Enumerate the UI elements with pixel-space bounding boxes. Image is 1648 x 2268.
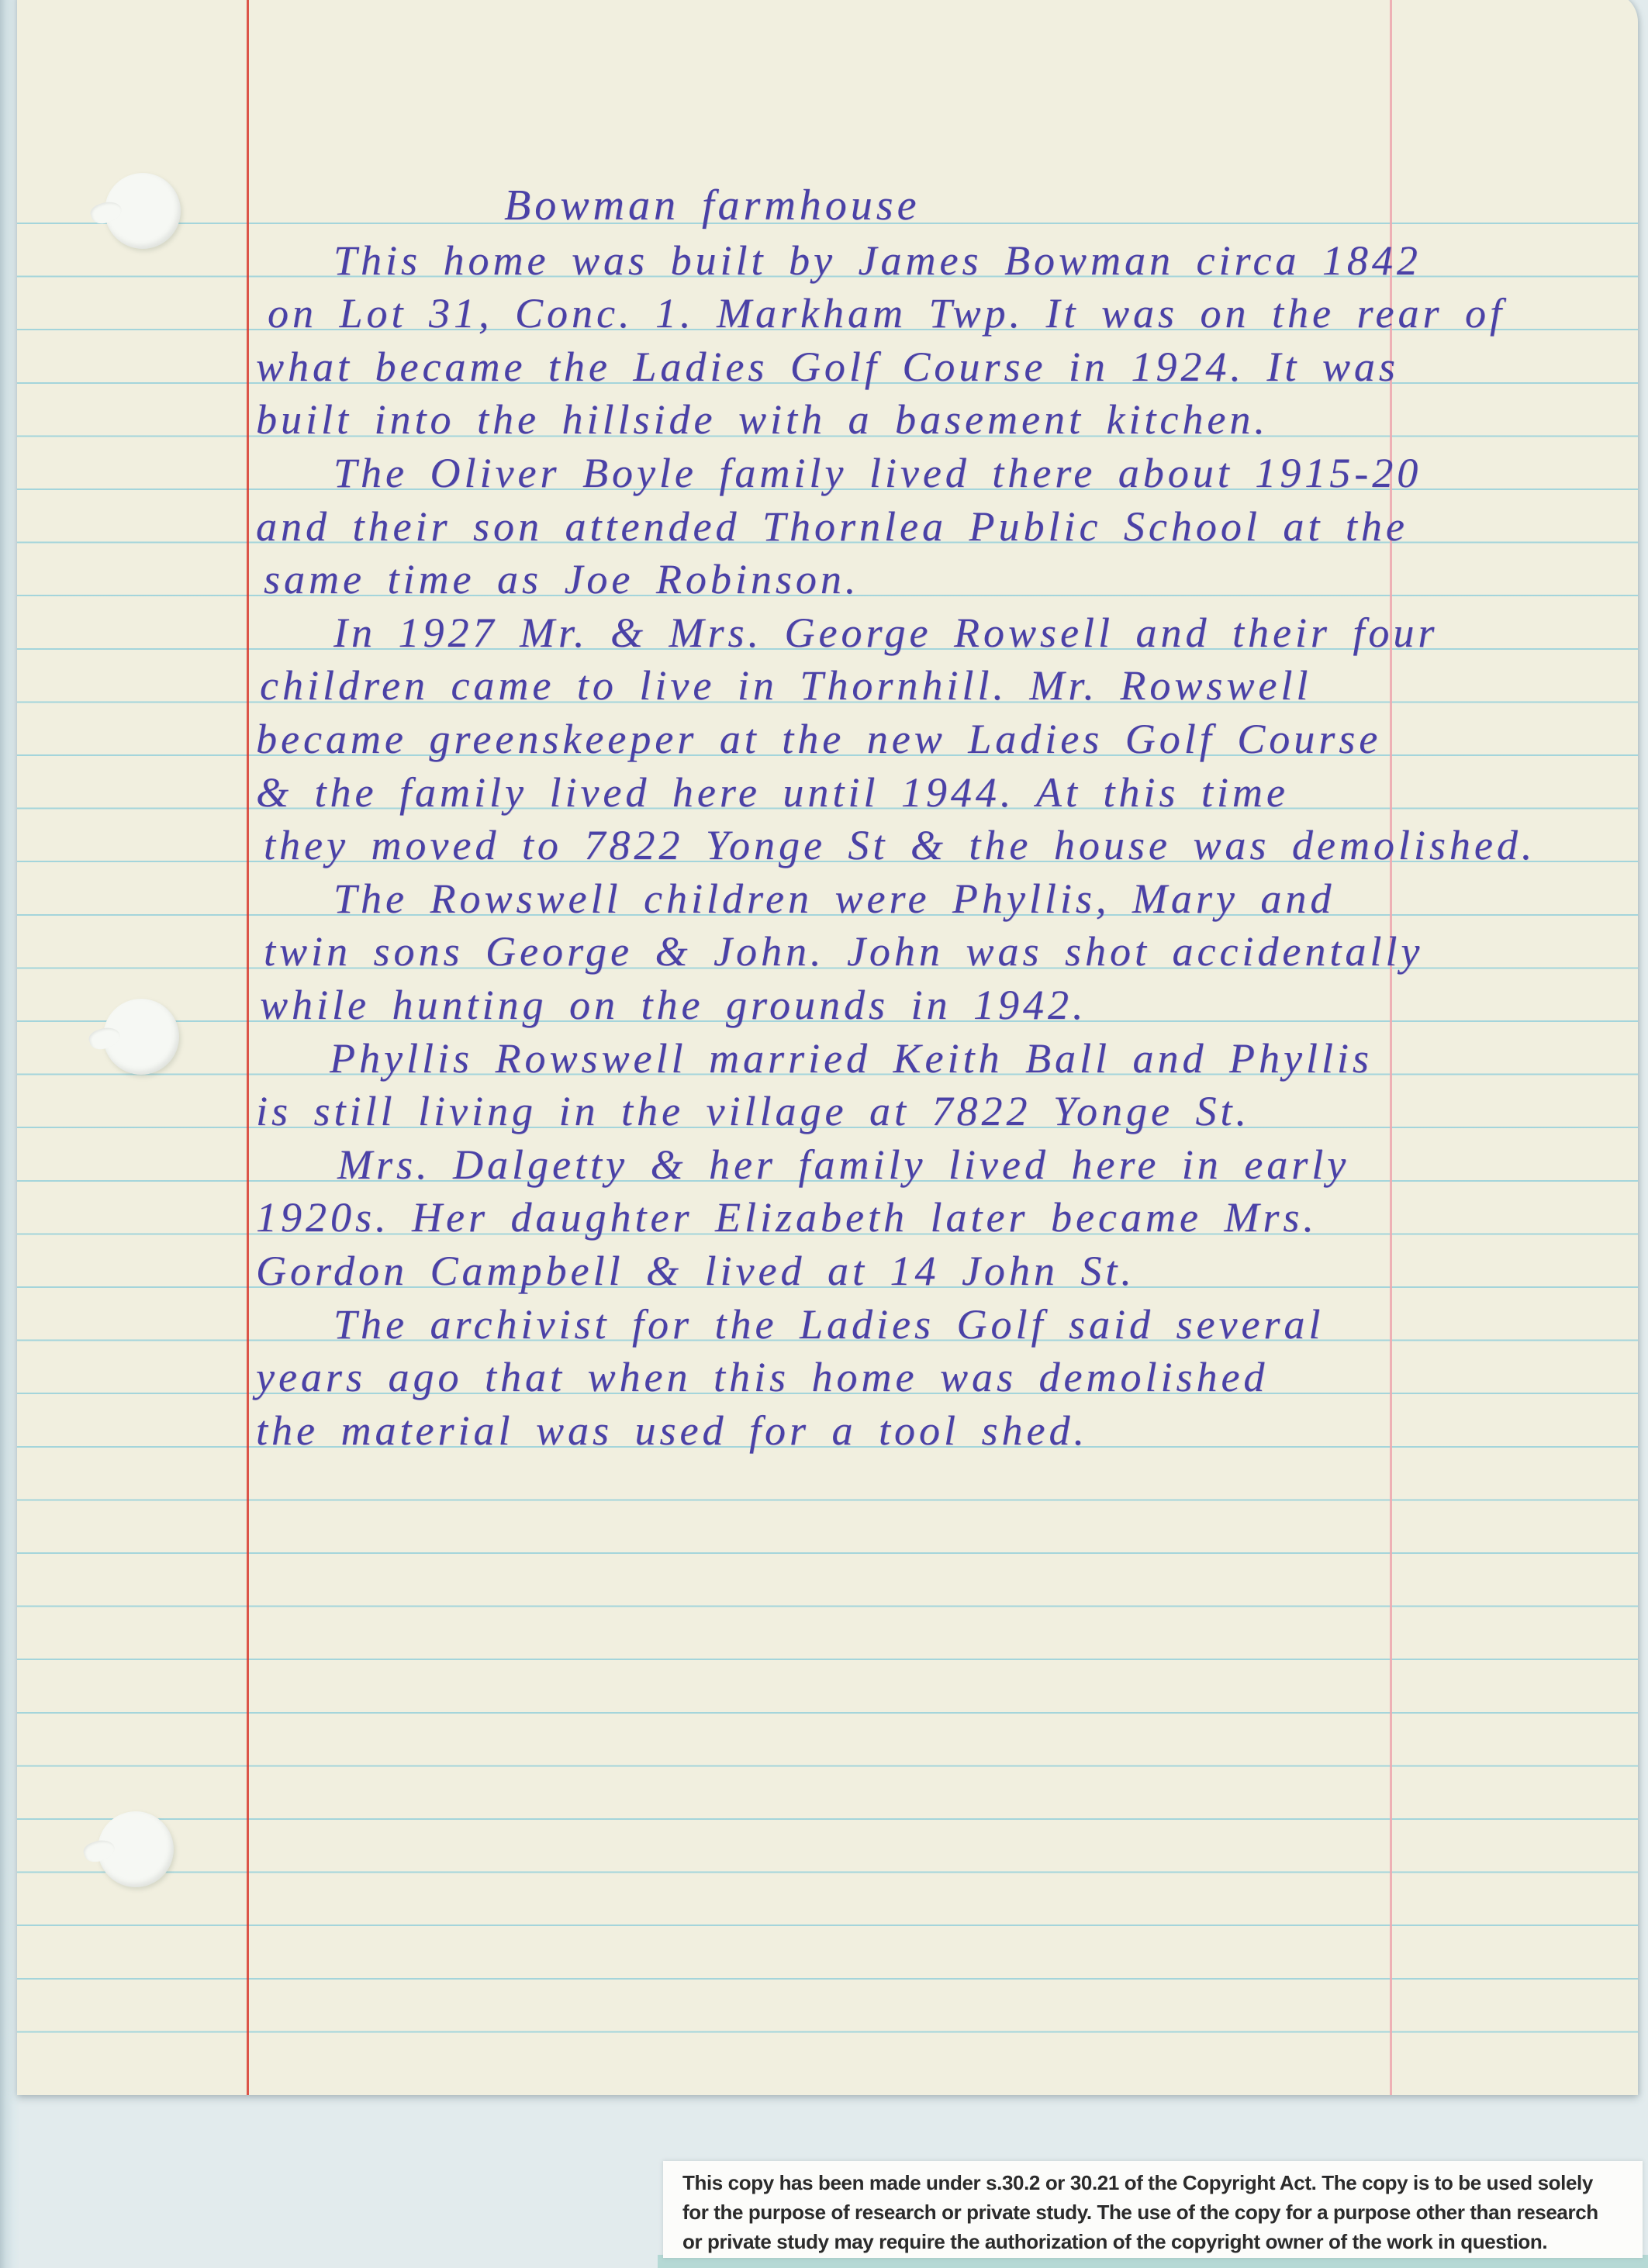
handwritten-line: This home was built by James Bowman circ… bbox=[333, 237, 1422, 284]
handwritten-line: 1920s. Her daughter Elizabeth later beca… bbox=[256, 1194, 1318, 1241]
handwritten-line: twin sons George & John. John was shot a… bbox=[264, 928, 1423, 975]
copyright-stamp: This copy has been made under s.30.2 or … bbox=[663, 2161, 1643, 2258]
handwritten-line: years ago that when this home was demoli… bbox=[256, 1354, 1268, 1400]
handwritten-line: built into the hillside with a basement … bbox=[256, 396, 1269, 443]
handwritten-line: Gordon Campbell & lived at 14 John St. bbox=[256, 1248, 1135, 1294]
handwritten-line: Phyllis Rowswell married Keith Ball and … bbox=[330, 1035, 1373, 1082]
stamp-line: for the purpose of research or private s… bbox=[682, 2197, 1643, 2227]
handwritten-line: same time as Joe Robinson. bbox=[264, 556, 859, 602]
hole-punch-middle bbox=[103, 999, 179, 1075]
handwritten-line: children came to live in Thornhill. Mr. … bbox=[260, 662, 1311, 709]
handwritten-line: while hunting on the grounds in 1942. bbox=[260, 982, 1087, 1028]
handwritten-line: & the family lived here until 1944. At t… bbox=[256, 769, 1289, 816]
handwritten-line: In 1927 Mr. & Mrs. George Rowsell and th… bbox=[333, 609, 1438, 656]
handwritten-line: The Oliver Boyle family lived there abou… bbox=[333, 450, 1422, 496]
hole-punch-top bbox=[105, 173, 181, 249]
stamp-line: This copy has been made under s.30.2 or … bbox=[682, 2168, 1643, 2197]
handwritten-line: is still living in the village at 7822 Y… bbox=[256, 1088, 1250, 1134]
handwritten-line: they moved to 7822 Yonge St & the house … bbox=[264, 822, 1536, 868]
handwritten-title: Bowman farmhouse bbox=[504, 182, 920, 229]
handwritten-line: what became the Ladies Golf Course in 19… bbox=[256, 343, 1399, 390]
scanned-document: { "colors": { "bg": "#e2ebed", "paper": … bbox=[0, 0, 1648, 2268]
handwritten-line: and their son attended Thornlea Public S… bbox=[256, 503, 1408, 550]
handwritten-line: The archivist for the Ladies Golf said s… bbox=[333, 1301, 1324, 1348]
hole-punch-bottom bbox=[98, 1811, 174, 1887]
handwritten-line: Mrs. Dalgetty & her family lived here in… bbox=[337, 1141, 1349, 1188]
left-margin-line bbox=[247, 0, 249, 2095]
stamp-line: or private study may require the authori… bbox=[682, 2227, 1643, 2256]
handwritten-line: The Rowswell children were Phyllis, Mary… bbox=[333, 875, 1335, 922]
handwritten-line: on Lot 31, Conc. 1. Markham Twp. It was … bbox=[268, 290, 1505, 337]
handwritten-line: the material was used for a tool shed. bbox=[256, 1407, 1088, 1454]
handwritten-line: became greenskeeper at the new Ladies Go… bbox=[256, 716, 1381, 762]
